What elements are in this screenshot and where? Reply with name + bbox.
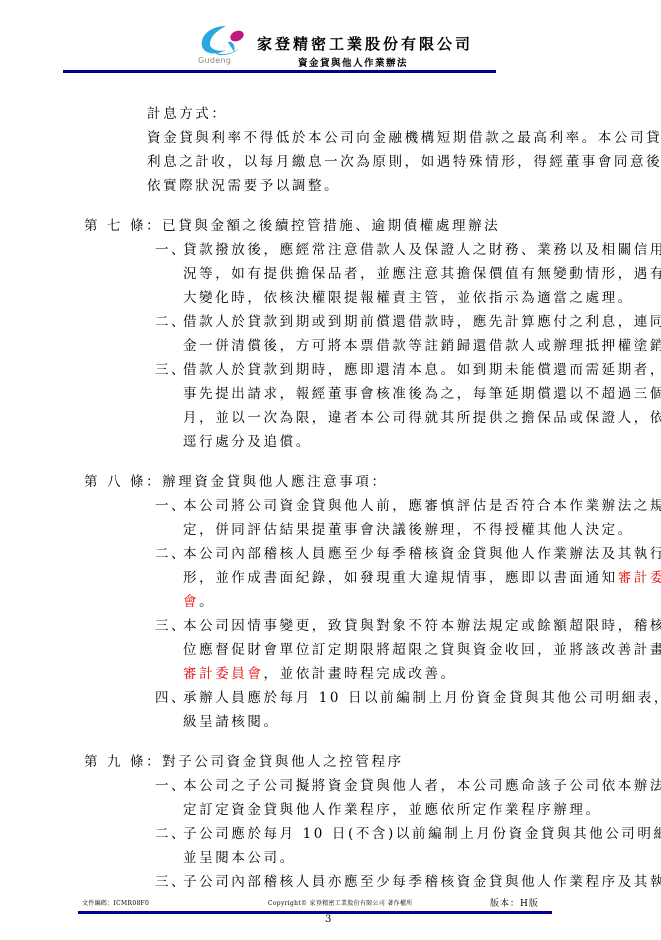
intro-line: 利息之計收，以每月繳息一次為原則，如遇特殊情形，得經董事會同意後，: [147, 154, 661, 170]
item-line: 並呈閱本公司。: [183, 850, 296, 866]
item-line: 逕行處分及追償。: [183, 434, 312, 450]
item-text: ，並依計畫時程完成改善。: [264, 666, 457, 682]
gudeng-logo-icon: [196, 22, 252, 58]
company-logo: Gudeng: [196, 22, 252, 68]
item-line: 定，併同評估結果提董事會決議後辦理，不得授權其他人決定。: [183, 522, 634, 538]
item-line: 月，並以一次為限，違者本公司得就其所提供之擔保品或保證人，依法: [183, 410, 661, 426]
intro-label: 計息方式：: [147, 106, 228, 122]
item-line: 級呈請核閱。: [183, 714, 280, 730]
version: 版本：H版: [490, 896, 539, 909]
item-line: 子公司內部稽核人員亦應至少每季稽核資金貸與他人作業程序及其執行: [183, 874, 661, 890]
item-line: 貸款撥放後，應經常注意借款人及保證人之財務、業務以及相關信用狀: [183, 242, 661, 258]
item-line: 承辦人員應於每月 10 日以前編制上月份資金貸與其他公司明細表，逐: [183, 690, 661, 706]
item-line: 借款人於貸款到期或到期前償還借款時，應先計算應付之利息，連同本: [183, 314, 661, 330]
header-rule: [63, 70, 496, 73]
article-7-heading: 第 七 條：已貸與金額之後續控管措施、逾期債權處理辦法: [84, 218, 500, 234]
item-line: 子公司應於每月 10 日(不含)以前編制上月份資金貸與其他公司明細表，: [183, 826, 661, 842]
item-line: 本公司內部稽核人員應至少每季稽核資金貸與他人作業辦法及其執行情: [183, 546, 661, 562]
item-line: 本公司之子公司擬將資金貸與他人者，本公司應命該子公司依本辦法規: [183, 778, 661, 794]
item-line: 定訂定資金貸與他人作業程序，並應依所定作業程序辦理。: [183, 802, 602, 818]
item-line: 借款人於貸款到期時，應即還清本息。如到期未能償還而需延期者，需: [183, 362, 661, 378]
item-line: 形，並作成書面紀錄，如發現重大違規情事，應即以書面通知審計委員: [183, 570, 661, 586]
item-line: 大變化時，依核決權限提報權責主管，並依指示為適當之處理。: [183, 290, 634, 306]
audit-committee-highlight: 會: [183, 594, 199, 610]
intro-line: 依實際狀況需要予以調整。: [147, 178, 340, 194]
item-line: 位應督促財會單位訂定期限將超限之貸與資金收回，並將該改善計畫送: [183, 642, 661, 658]
item-text: 形，並作成書面紀錄，如發現重大違規情事，應即以書面通知: [183, 570, 618, 586]
item-line: 本公司將公司資金貸與他人前，應審慎評估是否符合本作業辦法之規: [183, 498, 661, 514]
page-number: 3: [325, 914, 331, 925]
item-line: 況等，如有提供擔保品者，並應注意其擔保價值有無變動情形，遇有重: [183, 266, 661, 282]
intro-line: 資金貸與利率不得低於本公司向金融機構短期借款之最高利率。本公司貸款: [147, 130, 661, 146]
logo-text: Gudeng: [198, 56, 231, 65]
item-line: 本公司因情事變更，致貸與對象不符本辦法規定或餘額超限時，稽核單: [183, 618, 661, 634]
audit-committee-highlight: 審計委員: [618, 570, 661, 586]
doc-code: 文件編碼：ICMR08F0: [82, 898, 149, 907]
item-line: 審計委員會，並依計畫時程完成改善。: [183, 666, 457, 682]
footer-rule: [78, 911, 552, 914]
copyright: Copyright© 家登精密工業股份有限公司 著作權所: [268, 898, 413, 907]
article-9-heading: 第 九 條：對子公司資金貸與他人之控管程序: [84, 754, 404, 770]
article-8-heading: 第 八 條：辦理資金貸與他人應注意事項：: [84, 474, 388, 490]
doc-title: 資金貸與他人作業辦法: [298, 55, 408, 69]
item-line: 事先提出請求，報經董事會核准後為之，每筆延期償還以不超過三個: [183, 386, 661, 402]
item-text: 。: [199, 594, 215, 610]
company-name: 家登精密工業股份有限公司: [257, 33, 473, 54]
audit-committee-highlight: 審計委員會: [183, 666, 264, 682]
item-line: 金一併清償後，方可將本票借款等註銷歸還借款人或辦理抵押權塗銷。: [183, 338, 661, 354]
item-line: 會。: [183, 594, 215, 610]
